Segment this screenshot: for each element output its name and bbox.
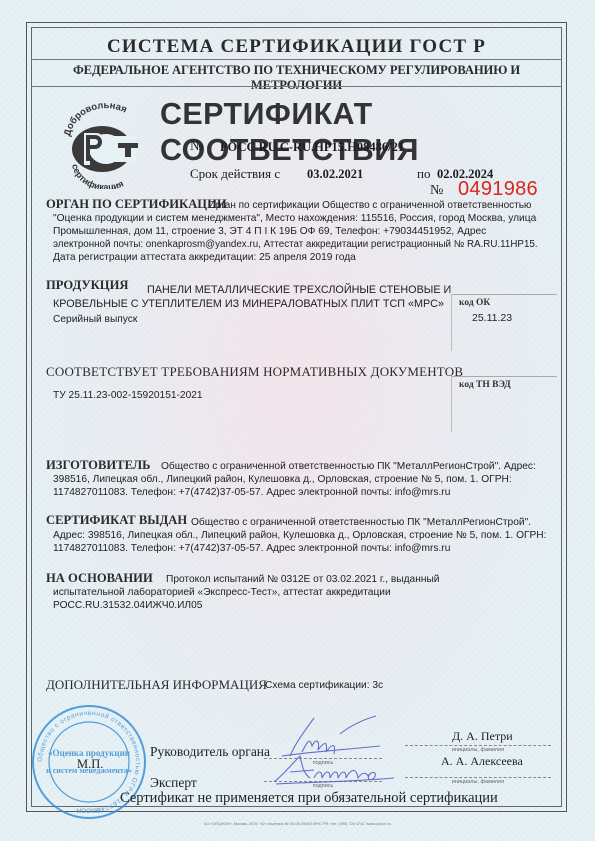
product-release-type: Серийный выпуск — [53, 313, 137, 326]
basis-label: НА ОСНОВАНИИ — [46, 571, 153, 586]
serial-number-sign: № — [430, 183, 443, 199]
additional-info-label: ДОПОЛНИТЕЛЬНАЯ ИНФОРМАЦИЯ — [46, 677, 267, 693]
head-name-line — [405, 745, 551, 746]
tnved-code-label: код ТН ВЭД — [459, 380, 511, 390]
expert-signature-icon — [270, 752, 400, 788]
certification-system-title: СИСТЕМА СЕРТИФИКАЦИИ ГОСТ Р — [31, 36, 562, 58]
issued-to-line: Адрес: 398516, Липецкая обл., Липецкий р… — [53, 529, 547, 542]
product-name-line: КРОВЕЛЬНЫЕ С УТЕПЛИТЕЛЕМ ИЗ МИНЕРАЛОВАТН… — [53, 297, 444, 312]
expert-label: Эксперт — [150, 775, 197, 791]
printer-info: АО «ОПЦИОН», Москва, 2019, «Б» лицензия … — [0, 822, 595, 826]
valid-to-label: по — [417, 166, 430, 182]
certification-body-label: ОРГАН ПО СЕРТИФИКАЦИИ — [46, 197, 227, 212]
tnved-code-box: код ТН ВЭД — [451, 376, 557, 432]
product-label: ПРОДУКЦИЯ — [46, 278, 128, 293]
valid-from-date: 03.02.2021 — [307, 167, 363, 182]
normative-document: ТУ 25.11.23-002-15920151-2021 — [53, 389, 203, 402]
agency-title: ФЕДЕРАЛЬНОЕ АГЕНТСТВО ПО ТЕХНИЧЕСКОМУ РЕ… — [31, 63, 562, 93]
number-sign: № — [190, 139, 203, 155]
issued-to-line: 1174827011083. Телефон: +7(4742)37-05-57… — [53, 542, 450, 555]
expert-name-caption: инициалы, фамилия — [405, 779, 551, 785]
header-divider — [31, 86, 562, 87]
manufacturer-line: 398516, Липецкая обл., Липецкий район, К… — [53, 473, 512, 486]
manufacturer-label: ИЗГОТОВИТЕЛЬ — [46, 458, 151, 473]
head-of-body-name: Д. А. Петри — [452, 729, 513, 744]
certification-scheme: Схема сертификации: 3с — [265, 679, 383, 692]
stamp-city: МОСКВА — [76, 809, 101, 815]
validity-label: Срок действия с — [190, 166, 280, 182]
header-divider — [31, 59, 562, 60]
certification-body-line: "Оценка продукции и систем менеджмента",… — [53, 212, 536, 225]
basis-line: Протокол испытаний № 0312Е от 03.02.2021… — [166, 573, 440, 586]
issued-to-label: СЕРТИФИКАТ ВЫДАН — [46, 513, 187, 528]
head-of-body-label: Руководитель органа — [150, 744, 270, 760]
form-serial-number: 0491986 — [458, 178, 538, 201]
certification-body-line: Дата регистрации аттестата аккредитации:… — [53, 251, 356, 264]
expert-name: А. А. Алексеева — [441, 754, 523, 769]
certification-body-line: Промышленная, дом 11, строение 3, ЭТ 4 П… — [53, 225, 486, 238]
certificate-title: СЕРТИФИКАТ СООТВЕТСТВИЯ — [160, 96, 586, 168]
certificate-number: РОСС RU C-RU.НР15.Н08486/21 — [220, 140, 404, 155]
certification-body-line: электронной почты: onenkaprosm@yandex.ru… — [53, 238, 538, 251]
ok-code-box: код ОК 25.11.23 — [451, 294, 557, 351]
head-name-caption: инициалы, фамилия — [405, 747, 551, 753]
ok-code-value: 25.11.23 — [472, 312, 512, 325]
seal-place-label: М.П. — [77, 757, 103, 772]
expert-name-line — [405, 777, 551, 778]
ok-code-label: код ОК — [459, 298, 490, 308]
rst-logo-icon: Добровольная сертификация — [60, 103, 148, 189]
compliance-label: СООТВЕТСТВУЕТ ТРЕБОВАНИЯМ НОРМАТИВНЫХ ДО… — [46, 364, 463, 380]
rst-voluntary-certification-logo: Добровольная сертификация — [60, 103, 148, 189]
product-name-line: ПАНЕЛИ МЕТАЛЛИЧЕСКИЕ ТРЕХСЛОЙНЫЕ СТЕНОВЫ… — [147, 283, 451, 298]
certification-body-line: Орган по сертификации Общество с огранич… — [208, 199, 531, 212]
basis-line: испытательной лабораторией «Экспресс-Тес… — [53, 586, 391, 599]
basis-line: РОСС.RU.31532.04ИЖЧ0.ИЛ05 — [53, 599, 202, 612]
voluntary-certification-note: Сертификат не применяется при обязательн… — [120, 790, 498, 807]
issued-to-line: Общество с ограниченной ответственностью… — [191, 516, 531, 529]
manufacturer-line: Общество с ограниченной ответственностью… — [161, 460, 536, 473]
manufacturer-line: 1174827011083. Телефон: +7(4742)37-05-57… — [53, 486, 450, 499]
